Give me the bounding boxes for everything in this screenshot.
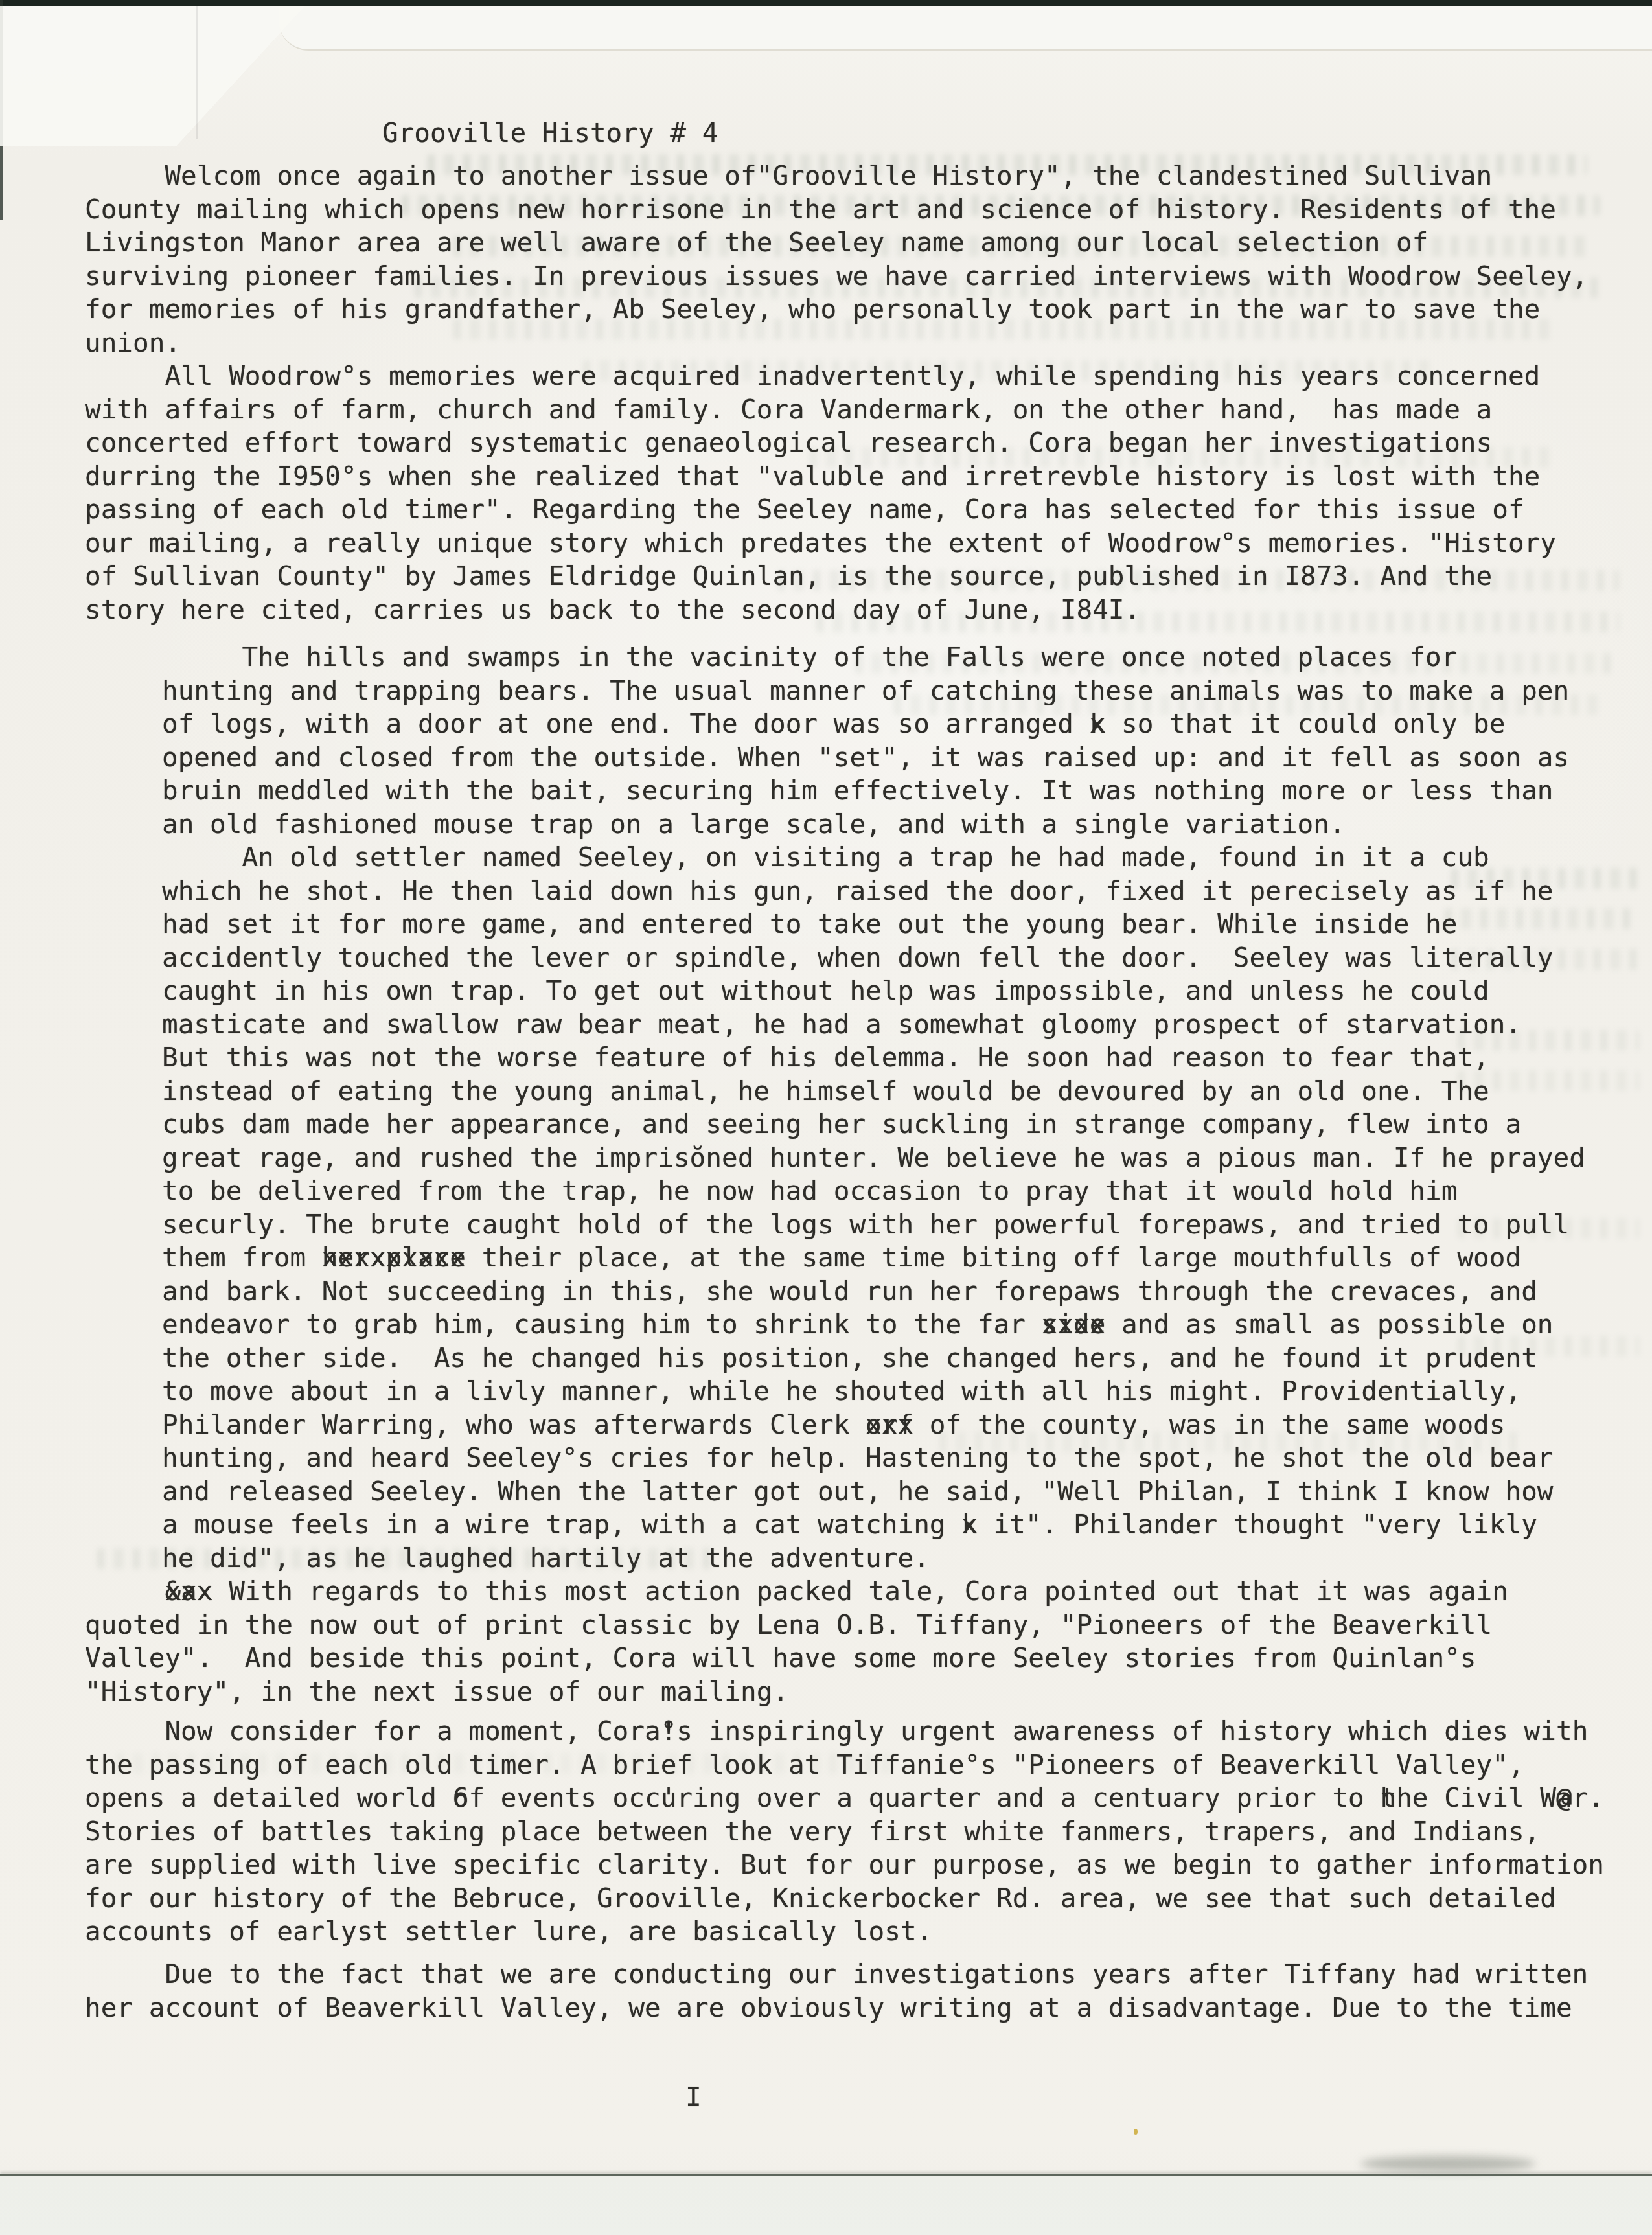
overstruck-text: a [1556,1782,1572,1815]
text-line: endeavor to grab him, causing him to shr… [162,1308,1585,1342]
text-line: hunting, and heard Seeley°s cries for he… [162,1441,1585,1475]
sheet-below-edge [0,2176,1652,2235]
text-line: are supplied with live specific clarity.… [85,1848,1604,1882]
text-line: passing of each old timer". Regarding th… [85,493,1556,527]
overstruck-text: &ax [165,1575,212,1609]
text-line: a mouse feels in a wire trap, with a cat… [162,1508,1585,1542]
text-line: he did", as he laughed hartily at the ad… [162,1542,1585,1576]
text-line: All Woodrow°s memories were acquired ina… [85,360,1556,393]
text-line: our mailing, a really unique story which… [85,527,1556,560]
text-line: quoted in the now out of print classic b… [85,1609,1508,1642]
text-line: the passing of each old timer. A brief l… [85,1748,1604,1782]
paper-crease [196,6,198,139]
text-line: Stories of battles taking place between … [85,1815,1604,1849]
text-line: bruin meddled with the bait, securing hi… [162,774,1569,808]
text-line: Due to the fact that we are conducting o… [85,1958,1588,1991]
undersheet-corner-wedge [0,6,304,146]
text-line: had set it for more game, and entered to… [162,908,1585,941]
text-line: "History", in the next issue of our mail… [85,1675,1508,1709]
scanner-edge-top [0,0,1652,6]
paragraph-due-to-fact: Due to the fact that we are conducting o… [85,1958,1588,2024]
paragraph-now-consider: Now consider for a moment, Cora°s inspir… [85,1715,1604,1949]
text-line: accounts of earlyst settler lure, are ba… [85,1915,1604,1949]
text-line: to move about in a livly manner, while h… [162,1375,1585,1408]
text-line: durring the I950°s when she realized tha… [85,460,1556,494]
text-line: masticate and swallow raw bear meat, he … [162,1008,1585,1042]
page-number: I [685,2081,702,2115]
text-line: Valley". And beside this point, Cora wil… [85,1642,1508,1675]
paragraph-quote-seeley-trap: An old settler named Seeley, on visiting… [162,841,1585,1575]
overstruck-text: k [961,1508,978,1542]
text-line: instead of eating the young animal, he h… [162,1075,1585,1108]
text-line: which he shot. He then laid down his gun… [162,875,1585,908]
overstruck-text: of [453,1782,485,1815]
overstruck-text: t [1380,1782,1396,1815]
text-line: But this was not the worse feature of hi… [162,1041,1585,1075]
overstruck-text: u [661,1782,677,1815]
text-line: and released Seeley. When the latter got… [162,1475,1585,1509]
paragraph-tiffany-reference: &ax With regards to this most action pac… [85,1575,1508,1708]
text-line: opens a detailed world of events occurin… [85,1782,1604,1815]
paragraph-quote-bear-pen: The hills and swamps in the vacinity of … [162,641,1569,841]
text-line: an old fashioned mouse trap on a large s… [162,808,1569,842]
text-line: union. [85,327,1588,360]
scan-smudge [1360,2156,1535,2172]
paragraph-intro: Welcom once again to another issue of"Gr… [85,159,1588,360]
text-line: of logs, with a door at one end. The doo… [162,707,1569,741]
overstruck-text: k [1090,707,1106,741]
text-line: opened and closed from the outside. When… [162,741,1569,775]
text-line: &ax With regards to this most action pac… [85,1575,1508,1609]
overstruck-text: side [1042,1308,1106,1342]
text-line: accidently touched the lever or spindle,… [162,941,1585,975]
text-line: hunting and trapping bears. The usual ma… [162,674,1569,708]
text-line: with affairs of farm, church and family.… [85,393,1556,427]
text-line: The hills and swamps in the vacinity of … [162,641,1569,674]
page-title: Grooville History # 4 [382,117,718,150]
text-line: An old settler named Seeley, on visiting… [162,841,1585,875]
text-line: Welcom once again to another issue of"Gr… [85,159,1588,193]
text-line: of Sullivan County" by James Eldridge Qu… [85,560,1556,593]
scanned-page: Grooville History # 4 Welcom once again … [0,0,1652,2235]
text-line: to be delivered from the trap, he now ha… [162,1175,1585,1208]
text-line: caught in his own trap. To get out witho… [162,974,1585,1008]
text-line: her account of Beaverkill Valley, we are… [85,1991,1588,2025]
text-line: surviving pioneer families. In previous … [85,260,1588,293]
text-line: them from herxplace their place, at the … [162,1241,1585,1275]
text-line: and bark. Not succeeding in this, she wo… [162,1275,1585,1309]
undersheet-top-band [279,6,1652,51]
paper-speck [1134,2129,1138,2135]
overstruck-text: ° [661,1715,677,1748]
text-line: cubs dam made her appearance, and seeing… [162,1108,1585,1141]
text-line: for our history of the Bebruce, Groovill… [85,1882,1604,1916]
text-line: story here cited, carries us back to the… [85,593,1556,627]
text-line: for memories of his grandfather, Ab Seel… [85,293,1588,327]
text-line: Philander Warring, who was afterwards Cl… [162,1408,1585,1442]
text-line: concerted effort toward systematic genae… [85,426,1556,460]
text-line: Livingston Manor area are well aware of … [85,226,1588,260]
overstruck-text: orf [866,1408,913,1442]
paragraph-cora-vandermark: All Woodrow°s memories were acquired ina… [85,360,1556,626]
text-line: County mailing which opens new horrisone… [85,193,1588,227]
text-line: Now consider for a moment, Cora°s inspir… [85,1715,1604,1748]
text-line: the other side. As he changed his positi… [162,1342,1585,1375]
text-line: securly. The brute caught hold of the lo… [162,1208,1585,1242]
overstruck-text: herxplace [322,1241,466,1275]
text-line: great rage, and rushed the imprisŏned hu… [162,1141,1585,1175]
